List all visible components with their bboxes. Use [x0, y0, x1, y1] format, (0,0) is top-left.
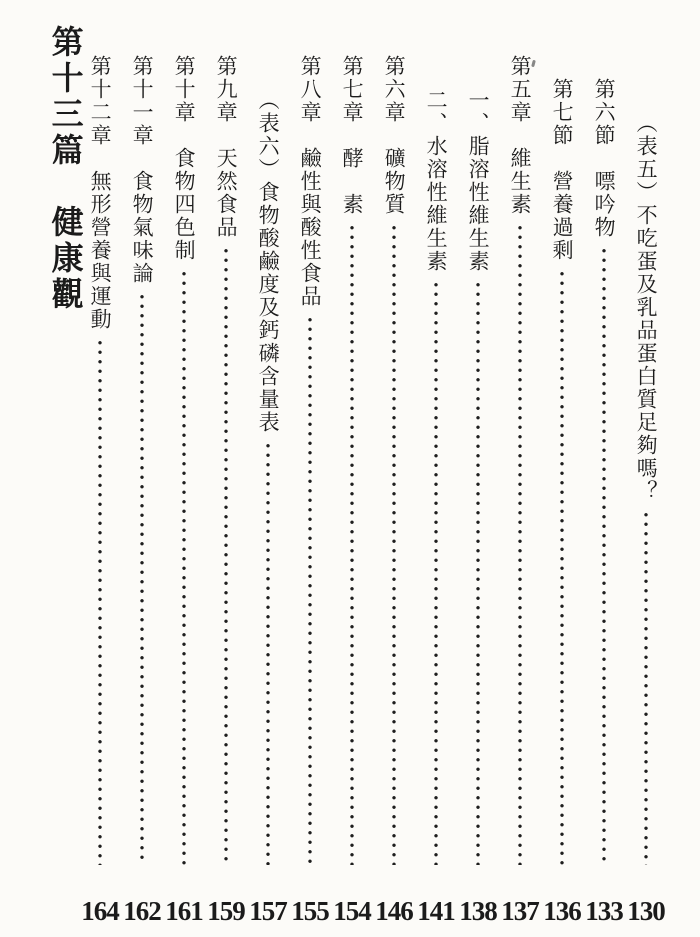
page-number: 157 [249, 893, 287, 929]
page-number: 130 [627, 893, 665, 929]
toc-entry: 第十一章 食物氣味論 162 [121, 25, 163, 929]
toc-entry-label: 第十二章 無形營養與運動 [88, 55, 112, 331]
page-number: 161 [165, 893, 203, 929]
toc-entry: 第八章 鹼性與酸性食品 155 [289, 25, 331, 929]
toc-entry-label: 第六節 嘌吟物 [592, 78, 616, 239]
page-number: 155 [291, 893, 329, 929]
toc-entry-label: 一、脂溶性維生素 [466, 89, 490, 273]
dot-leader [597, 246, 611, 865]
toc-entry-label: 第五章 維生素 [508, 55, 532, 216]
toc-entry-label: （表六）食物酸鹼度及鈣磷含量表 [256, 89, 280, 434]
page-number: 162 [123, 893, 161, 929]
toc-entry-label: 第七章 酵 素 [340, 55, 364, 216]
toc-entry: 第六章 礦物質 146 [373, 25, 415, 929]
toc-entry-label: 第八章 鹼性與酸性食品 [298, 55, 322, 308]
toc-entry: 一、脂溶性維生素 138 [457, 25, 499, 929]
dot-leader [345, 223, 359, 865]
toc-entry: 第六節 嘌吟物 133 [583, 25, 625, 929]
toc-section-title: 第十三篇 健康觀 [47, 25, 82, 313]
toc-entry-label: 第六章 礦物質 [382, 55, 406, 216]
page-number: 137 [501, 893, 539, 929]
toc-entry-label: 第十一章 食物氣味論 [130, 55, 154, 285]
page-number: 146 [375, 893, 413, 929]
dot-leader [555, 269, 569, 865]
dot-leader [639, 510, 653, 865]
toc-entry: 第五章 維生素 137 [499, 25, 541, 929]
dot-leader [177, 269, 191, 865]
dot-leader [429, 280, 443, 865]
toc-entry: 第九章 天然食品 159 [205, 25, 247, 929]
page-number: 164 [81, 893, 119, 929]
dot-leader [93, 338, 107, 865]
dot-leader [513, 223, 527, 865]
toc-entry: 二、水溶性維生素 141 [415, 25, 457, 929]
page-number: 133 [585, 893, 623, 929]
toc-columns: （表五）不吃蛋及乳品蛋白質足夠嗎？ 130 第六節 嘌吟物 133 第七節 營養… [0, 25, 667, 929]
dot-leader [303, 315, 317, 865]
dot-leader [387, 223, 401, 865]
toc-entry: 第十二章 無形營養與運動 164 [79, 25, 121, 929]
dot-leader [261, 441, 275, 865]
page-number: 159 [207, 893, 245, 929]
dot-leader [219, 246, 233, 865]
toc-entry: 第十章 食物四色制 161 [163, 25, 205, 929]
page-number: 141 [417, 893, 455, 929]
page-number: 136 [543, 893, 581, 929]
toc-entry-label: 二、水溶性維生素 [424, 89, 448, 273]
toc-entry: 第七節 營養過剩 136 [541, 25, 583, 929]
toc-entry: 第七章 酵 素 154 [331, 25, 373, 929]
page-number: 138 [459, 893, 497, 929]
toc-entry-label: 第七節 營養過剩 [550, 78, 574, 262]
toc-entry-label: 第九章 天然食品 [214, 55, 238, 239]
book-toc-page: （表五）不吃蛋及乳品蛋白質足夠嗎？ 130 第六節 嘌吟物 133 第七節 營養… [0, 0, 700, 937]
toc-entry-label: 第十章 食物四色制 [172, 55, 196, 262]
toc-entry: （表六）食物酸鹼度及鈣磷含量表 157 [247, 25, 289, 929]
page-number: 154 [333, 893, 371, 929]
dot-leader [471, 280, 485, 865]
toc-entry: （表五）不吃蛋及乳品蛋白質足夠嗎？ 130 [625, 25, 667, 929]
toc-entry-label: （表五）不吃蛋及乳品蛋白質足夠嗎？ [634, 112, 658, 503]
dot-leader [135, 292, 149, 865]
